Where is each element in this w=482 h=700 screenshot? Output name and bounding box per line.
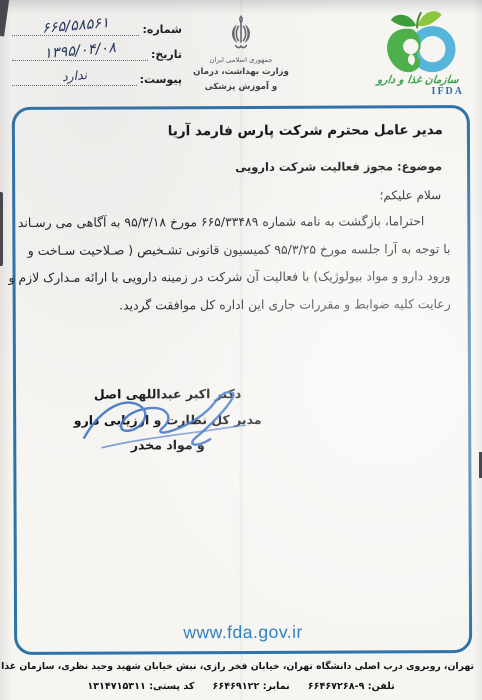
website-url: www.fda.gov.ir — [17, 621, 469, 644]
letter-date-dotted-line: ۱۳۹۵/۰۴/۰۸ — [12, 41, 148, 61]
scan-artifact — [0, 0, 10, 37]
signatory-name: دکتر اکبر عبداللهی اصل — [60, 381, 275, 407]
ministry-header: جمهوری اسلامی ایران وزارت بهداشت، درمان … — [156, 14, 326, 95]
ifda-logo-icon — [376, 4, 460, 78]
subject-line: موضوع: مجوز فعالیت شرکت دارویی — [39, 159, 442, 175]
ministry-name-line1: وزارت بهداشت، درمان — [156, 66, 326, 79]
letter-date-value: ۱۳۹۵/۰۴/۰۸ — [43, 40, 116, 62]
postal-code: کد پستی: ۱۳۱۴۷۱۵۳۱۱ — [87, 681, 194, 692]
letter-border-frame: مدیر عامل محترم شرکت پارس فارمد آریا موض… — [12, 105, 472, 655]
body-line: احتراما، بازگشت به نامه شماره ۶۶۵/۳۳۴۸۹ … — [32, 207, 450, 236]
iran-emblem-icon — [225, 14, 257, 54]
body-line: رعایت کلیه ضوابط و مقررات جاری این اداره… — [33, 290, 451, 319]
letter-number-value: ۶۶۵/۵۸۵۶۱ — [41, 15, 109, 37]
organization-acronym: IFDA — [368, 86, 468, 97]
contact-line: تلفن: ۹-۶۶۴۶۷۲۶۸ نمابر: ۶۶۴۶۹۱۲۲ کد پستی… — [8, 681, 474, 692]
letter-attachment-value: ندارد — [61, 67, 87, 84]
address-line: تهران، روبروی درب اصلی دانشگاه تهران، خی… — [8, 661, 474, 672]
fax-number: نمابر: ۶۶۴۶۹۱۲۲ — [213, 681, 290, 692]
recipient-line: مدیر عامل محترم شرکت پارس فارمد آریا — [39, 122, 443, 140]
country-name: جمهوری اسلامی ایران — [156, 56, 326, 64]
fda-organization-header: سازمان غذا و دارو IFDA — [368, 4, 468, 97]
scan-artifact — [0, 192, 3, 266]
salutation-line: سلام علیکم؛ — [39, 188, 441, 204]
letter-body: احتراما، بازگشت به نامه شماره ۶۶۵/۳۳۴۸۹ … — [32, 207, 450, 319]
body-line: ورود دارو و مواد بیولوژیک) با فعالیت آن … — [32, 262, 450, 291]
ministry-name-line2: و آموزش پزشکی — [156, 81, 326, 94]
letter-number-dotted-line: ۶۶۵/۵۸۵۶۱ — [12, 16, 139, 36]
organization-name: سازمان غذا و دارو — [367, 74, 469, 86]
phone-number: تلفن: ۹-۶۶۴۶۷۲۶۸ — [308, 681, 395, 692]
letter-attachment-dotted-line: ندارد — [12, 66, 137, 86]
signatory-title-line2: و مواد مخدر — [60, 432, 275, 458]
signatory-title-line1: مدیر کل نظارت و ارزیابی دارو — [60, 406, 275, 432]
signature-block: دکتر اکبر عبداللهی اصل مدیر کل نظارت و ا… — [60, 381, 275, 458]
body-line: با توجه به آرا جلسه مورخ ۹۵/۳/۲۵ کمیسیون… — [32, 235, 450, 264]
scanned-letter-page: شماره: ۶۶۵/۵۸۵۶۱ تاریخ: ۱۳۹۵/۰۴/۰۸ پیوست… — [0, 0, 482, 700]
